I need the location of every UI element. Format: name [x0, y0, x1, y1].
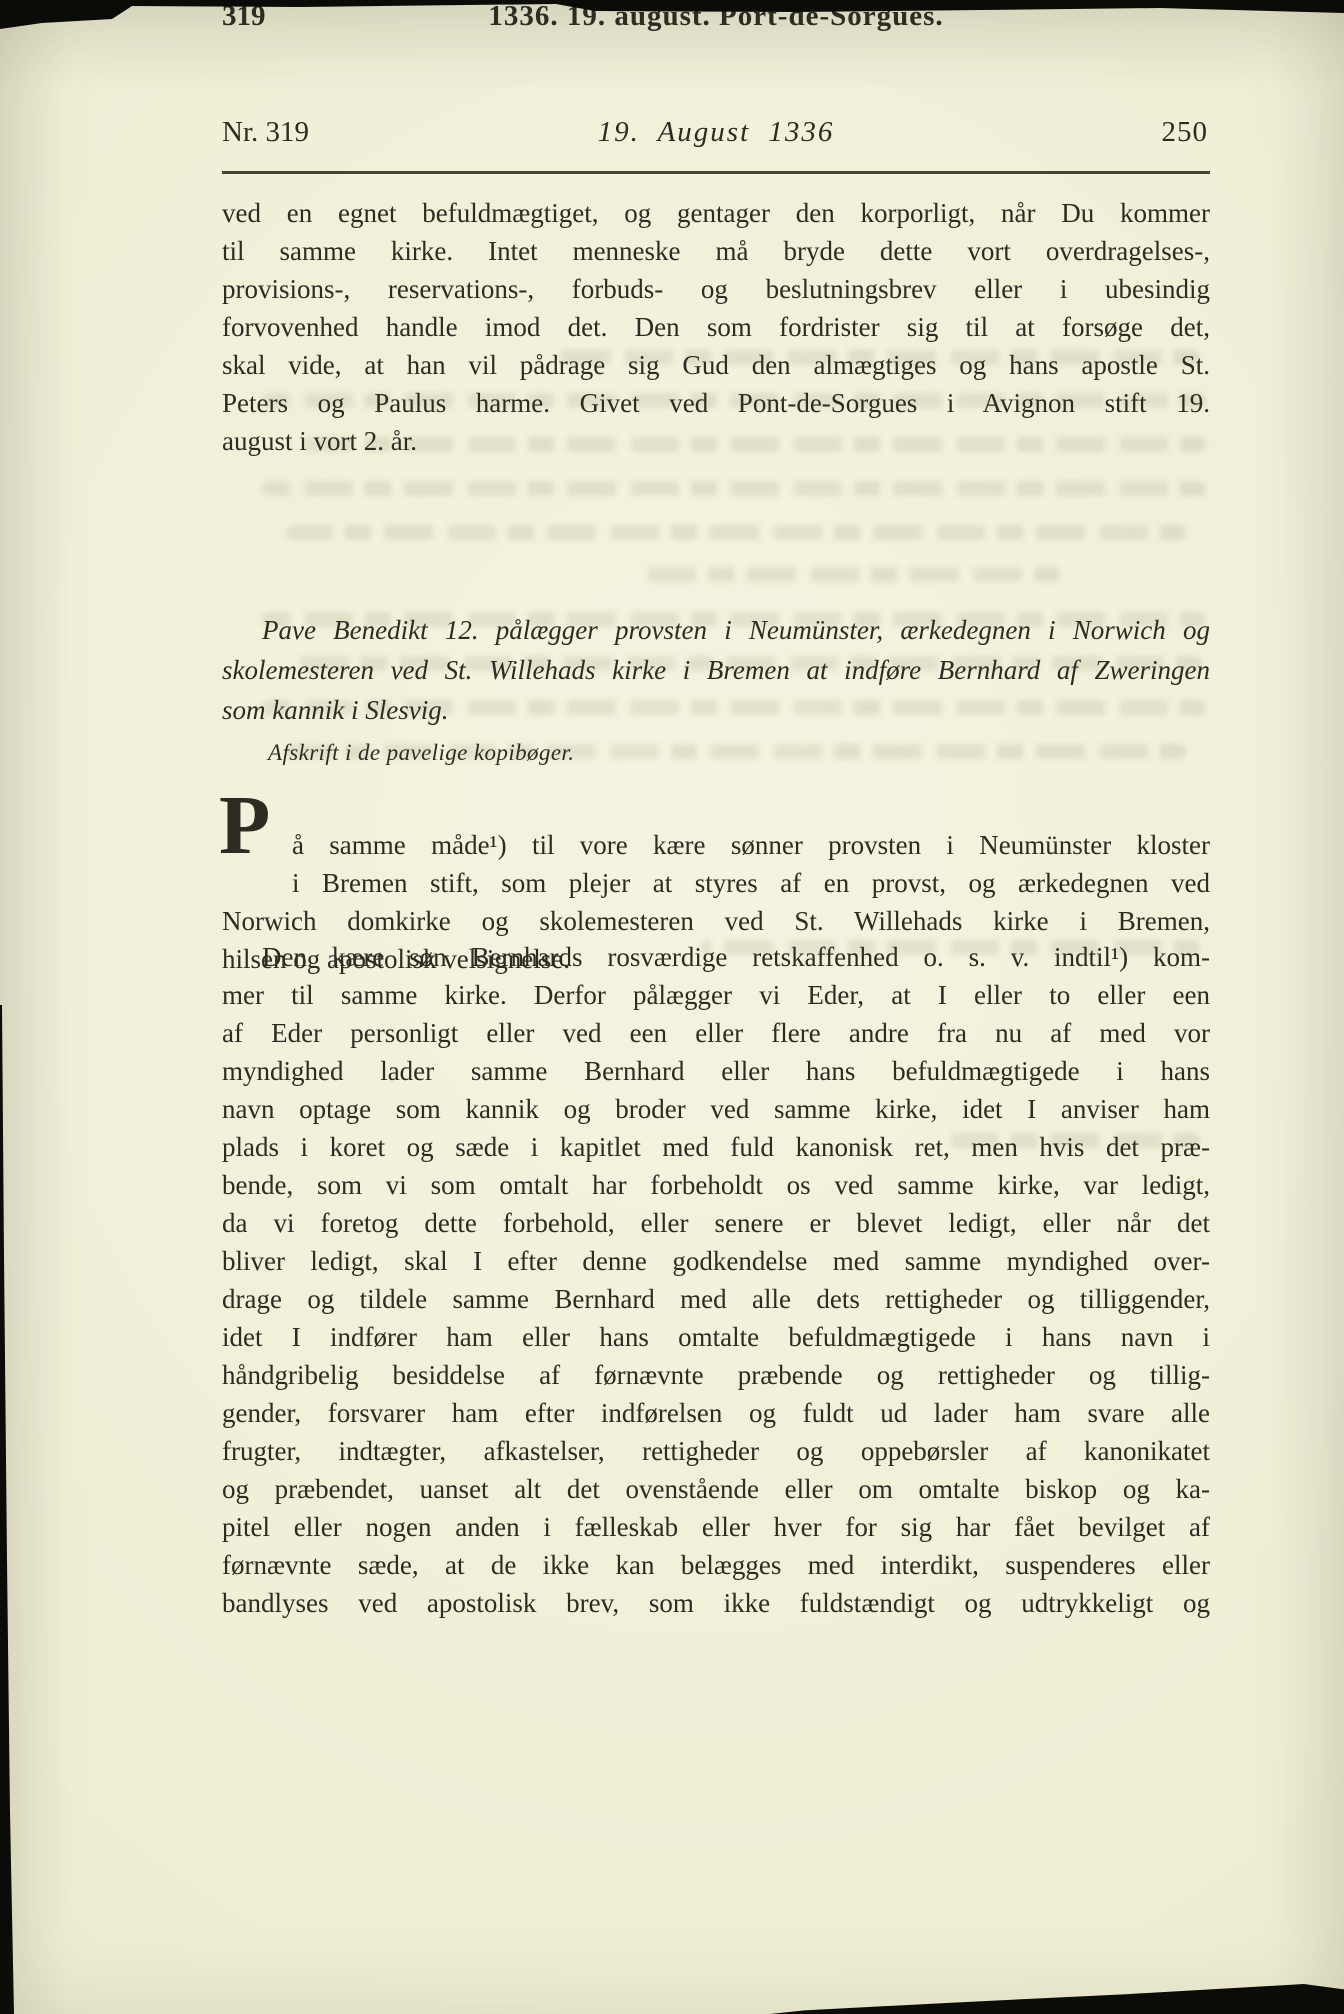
text-line: drage og tildele samme Bernhard med alle… — [222, 1280, 1210, 1318]
text-line: Den kære søn Bernhards rosværdige retska… — [222, 938, 1210, 976]
text-line: pitel eller nogen anden i fælleskab elle… — [222, 1508, 1210, 1546]
page-number: 250 — [1162, 116, 1209, 149]
text-line: gender, forsvarer ham efter indførelsen … — [222, 1394, 1210, 1432]
text-line: til samme kirke. Intet menneske må bryde… — [222, 232, 1210, 270]
text-line: af Eder personligt eller ved een eller f… — [222, 1014, 1210, 1052]
source-note: Afskrift i de pavelige kopibøger. — [268, 740, 574, 766]
entry-summary: Pave Benedikt 12. pålægger provsten i Ne… — [222, 610, 1210, 730]
text-line: håndgribelig besiddelse af førnævnte præ… — [222, 1356, 1210, 1394]
text-line: da vi foretog dette forbehold, eller sen… — [222, 1204, 1210, 1242]
text-line: forvovenhed handle imod det. Den som for… — [222, 308, 1210, 346]
page-content: Nr. 319 19. August 1336 250 ved en egnet… — [222, 0, 1210, 192]
text-line: som kannik i Slesvig. — [222, 690, 1210, 730]
text-line: myndighed lader samme Bernhard eller han… — [222, 1052, 1210, 1090]
header-date: 19. August 1336 — [222, 116, 1210, 149]
bleed-through-line — [262, 481, 1206, 496]
text-line: bliver ledigt, skal I efter denne godken… — [222, 1242, 1210, 1280]
text-line: plads i koret og sæde i kapitlet med ful… — [222, 1128, 1210, 1166]
text-line: frugter, indtægter, afkastelser, rettigh… — [222, 1432, 1210, 1470]
text-line: idet I indfører ham eller hans omtalte b… — [222, 1318, 1210, 1356]
text-line: førnævnte sæde, at de ikke kan belægges … — [222, 1546, 1210, 1584]
text-line: ved en egnet befuldmægtiget, og gentager… — [222, 194, 1210, 232]
bleed-through-line — [640, 567, 1060, 582]
text-line: provisions-, reservations-, forbuds- og … — [222, 270, 1210, 308]
text-line: og præbendet, uanset alt det ovenstående… — [222, 1470, 1210, 1508]
text-line: skal vide, at han vil pådrage sig Gud de… — [222, 346, 1210, 384]
continuation-paragraph: ved en egnet befuldmægtiget, og gentager… — [222, 194, 1210, 460]
text-line: å samme måde¹) til vore kære sønner prov… — [222, 826, 1210, 864]
text-line: Pave Benedikt 12. pålægger provsten i Ne… — [222, 610, 1210, 650]
body-paragraph: Den kære søn Bernhards rosværdige retska… — [222, 938, 1210, 1622]
bleed-through-line — [286, 525, 1186, 540]
running-header: Nr. 319 19. August 1336 250 — [222, 116, 1210, 152]
text-line: august i vort 2. år. — [222, 422, 1210, 460]
text-line: Norwich domkirke og skolemesteren ved St… — [222, 902, 1210, 940]
text-line: Peters og Paulus harme. Givet ved Pont-d… — [222, 384, 1210, 422]
text-line: i Bremen stift, som plejer at styres af … — [222, 864, 1210, 902]
header-rule — [222, 171, 1210, 174]
text-line: skolemesteren ved St. Willehads kirke i … — [222, 650, 1210, 690]
text-line: bandlyses ved apostolisk brev, som ikke … — [222, 1584, 1210, 1622]
text-line: navn optage som kannik og broder ved sam… — [222, 1090, 1210, 1128]
text-line: mer til samme kirke. Derfor pålægger vi … — [222, 976, 1210, 1014]
text-line: bende, som vi som omtalt har forbeholdt … — [222, 1166, 1210, 1204]
